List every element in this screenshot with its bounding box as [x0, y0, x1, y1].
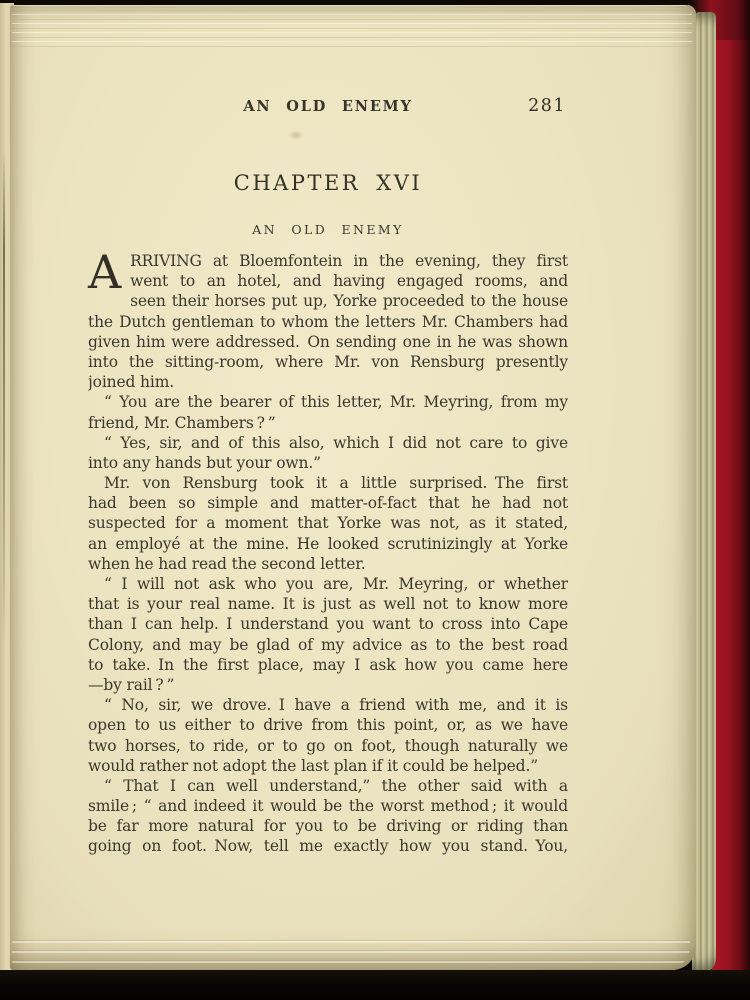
text-line: the Dutch gentleman to whom the letters …	[88, 312, 568, 332]
text-line: given him were addressed. On sending one…	[88, 332, 568, 352]
text-line: joined him.	[88, 372, 568, 392]
chapter-heading: CHAPTER XVI	[88, 171, 568, 195]
bottom-shadow-strip	[0, 970, 750, 1000]
text-line: going on foot. Now, tell me exactly how …	[88, 836, 568, 856]
paragraph: A RRIVING at Bloemfontein in the evening…	[88, 251, 568, 392]
drop-cap: A	[88, 252, 121, 292]
text-line: “ You are the bearer of this letter, Mr.…	[88, 392, 568, 412]
text-line: than I can help. I understand you want t…	[88, 614, 568, 634]
page-number: 281	[528, 96, 566, 116]
book-page: AN OLD ENEMY 281 CHAPTER XVI AN OLD ENEM…	[10, 5, 696, 970]
text-line: open to us either to drive from this poi…	[88, 715, 568, 735]
bottom-page-edge-streaks	[12, 936, 690, 970]
text-line: an employé at the mine. He looked scruti…	[88, 534, 568, 554]
book-cover-red-edge	[712, 0, 750, 992]
paragraph: “ That I can well understand,” the other…	[88, 776, 568, 857]
text-line: to take. In the first place, may I ask h…	[88, 655, 568, 675]
text-line: RRIVING at Bloemfontein in the evening, …	[130, 251, 568, 271]
text-line: Colony, and may be glad of my advice as …	[88, 635, 568, 655]
paragraph: “ Yes, sir, and of this also, which I di…	[88, 433, 568, 473]
text-line: that is your real name. It is just as we…	[88, 594, 568, 614]
top-page-edge-streaks	[12, 5, 692, 47]
text-line: two horses, to ride, or to go on foot, t…	[88, 736, 568, 756]
text-line: “ I will not ask who you are, Mr. Meyrin…	[88, 574, 568, 594]
text-line: had been so simple and matter-of-fact th…	[88, 493, 568, 513]
running-head-title: AN OLD ENEMY	[243, 98, 412, 115]
text-line: “ That I can well understand,” the other…	[88, 776, 568, 796]
left-page-crease	[3, 150, 5, 650]
paper-smudge	[288, 130, 304, 140]
text-line: when he had read the second letter.	[88, 554, 568, 574]
chapter-subheading: AN OLD ENEMY	[88, 222, 568, 237]
text-line: into any hands but your own.”	[88, 453, 568, 473]
text-line: friend, Mr. Chambers ? ”	[88, 413, 568, 433]
scanned-book-photo: AN OLD ENEMY 281 CHAPTER XVI AN OLD ENEM…	[0, 0, 750, 1000]
paragraph: “ You are the bearer of this letter, Mr.…	[88, 392, 568, 432]
text-line: —by rail ? ”	[88, 675, 568, 695]
body-text: A RRIVING at Bloemfontein in the evening…	[88, 251, 568, 857]
text-line: suspected for a moment that Yorke was no…	[88, 513, 568, 533]
paragraph: “ No, sir, we drove. I have a friend wit…	[88, 695, 568, 776]
paragraph: Mr. von Rensburg took it a little surpri…	[88, 473, 568, 574]
running-head: AN OLD ENEMY 281	[88, 98, 568, 115]
text-line: be far more natural for you to be drivin…	[88, 816, 568, 836]
text-line: into the sitting-room, where Mr. von Ren…	[88, 352, 568, 372]
text-line: smile ; “ and indeed it would be the wor…	[88, 796, 568, 816]
text-line: Mr. von Rensburg took it a little surpri…	[88, 473, 568, 493]
text-line: “ Yes, sir, and of this also, which I di…	[88, 433, 568, 453]
paragraph: “ I will not ask who you are, Mr. Meyrin…	[88, 574, 568, 695]
text-line: seen their horses put up, Yorke proceede…	[130, 291, 568, 311]
text-line: would rather not adopt the last plan if …	[88, 756, 568, 776]
text-line: went to an hotel, and having engaged roo…	[130, 271, 568, 291]
text-line: “ No, sir, we drove. I have a friend wit…	[88, 695, 568, 715]
